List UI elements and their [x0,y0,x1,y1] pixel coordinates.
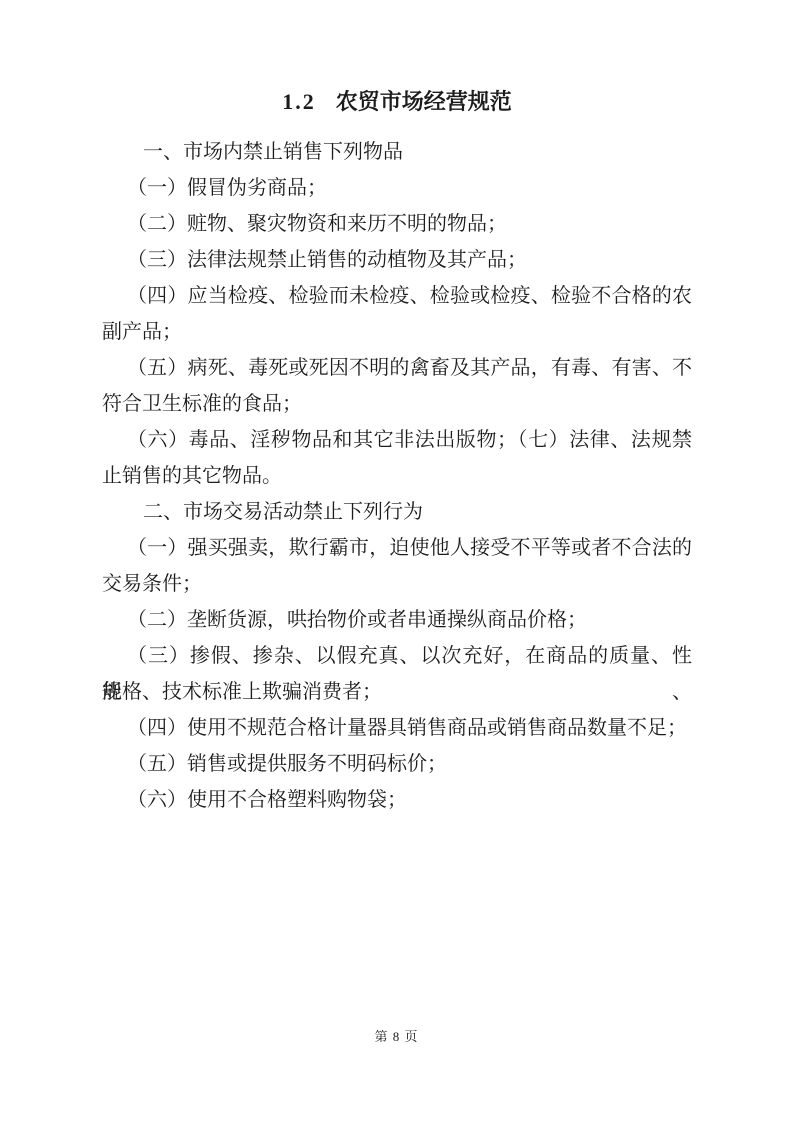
document-page: 1.2农贸市场经营规范 一、市场内禁止销售下列物品（一）假冒伪劣商品；（二）赃物… [0,0,793,1122]
item-line: （四）应当检疫、检验而未检疫、检验或检疫、检验不合格的农 [102,278,692,314]
section-heading-line: 一、市场内禁止销售下列物品 [102,134,692,170]
item-line: （三）法律法规禁止销售的动植物及其产品； [102,242,692,278]
item-line: （二）垄断货源，哄抬物价或者串通操纵商品价格； [102,602,692,638]
item-line: 止销售的其它物品。 [102,458,692,494]
item-line: 副产品； [102,314,692,350]
page-number: 第 8 页 [374,1029,418,1044]
section-number: 1.2 [282,89,316,114]
item-line: （五）病死、毒死或死因不明的禽畜及其产品，有毒、有害、不 [102,350,692,386]
item-line: 交易条件； [102,566,692,602]
section-title-text: 农贸市场经营规范 [336,89,512,114]
item-line: （六）毒品、淫秽物品和其它非法出版物；（七）法律、法规禁 [102,422,692,458]
item-line: 符合卫生标准的食品； [102,386,692,422]
document-content: 1.2农贸市场经营规范 一、市场内禁止销售下列物品（一）假冒伪劣商品；（二）赃物… [102,0,692,818]
item-line: （二）赃物、聚灾物资和来历不明的物品； [102,206,692,242]
page-footer: 第 8 页 [0,1029,793,1045]
section-heading-line: 二、市场交易活动禁止下列行为 [102,494,692,530]
item-line: （四）使用不规范合格计量器具销售商品或销售商品数量不足； [102,710,692,746]
document-body: 一、市场内禁止销售下列物品（一）假冒伪劣商品；（二）赃物、聚灾物资和来历不明的物… [102,134,692,818]
item-line: （三）掺假、掺杂、以假充真、以次充好，在商品的质量、性能、 [102,638,692,674]
item-line: （一）强买强卖，欺行霸市，迫使他人接受不平等或者不合法的 [102,530,692,566]
section-title: 1.2农贸市场经营规范 [102,84,692,120]
item-line: （五）销售或提供服务不明码标价； [102,746,692,782]
item-line: （一）假冒伪劣商品； [102,170,692,206]
item-line: （六）使用不合格塑料购物袋； [102,782,692,818]
